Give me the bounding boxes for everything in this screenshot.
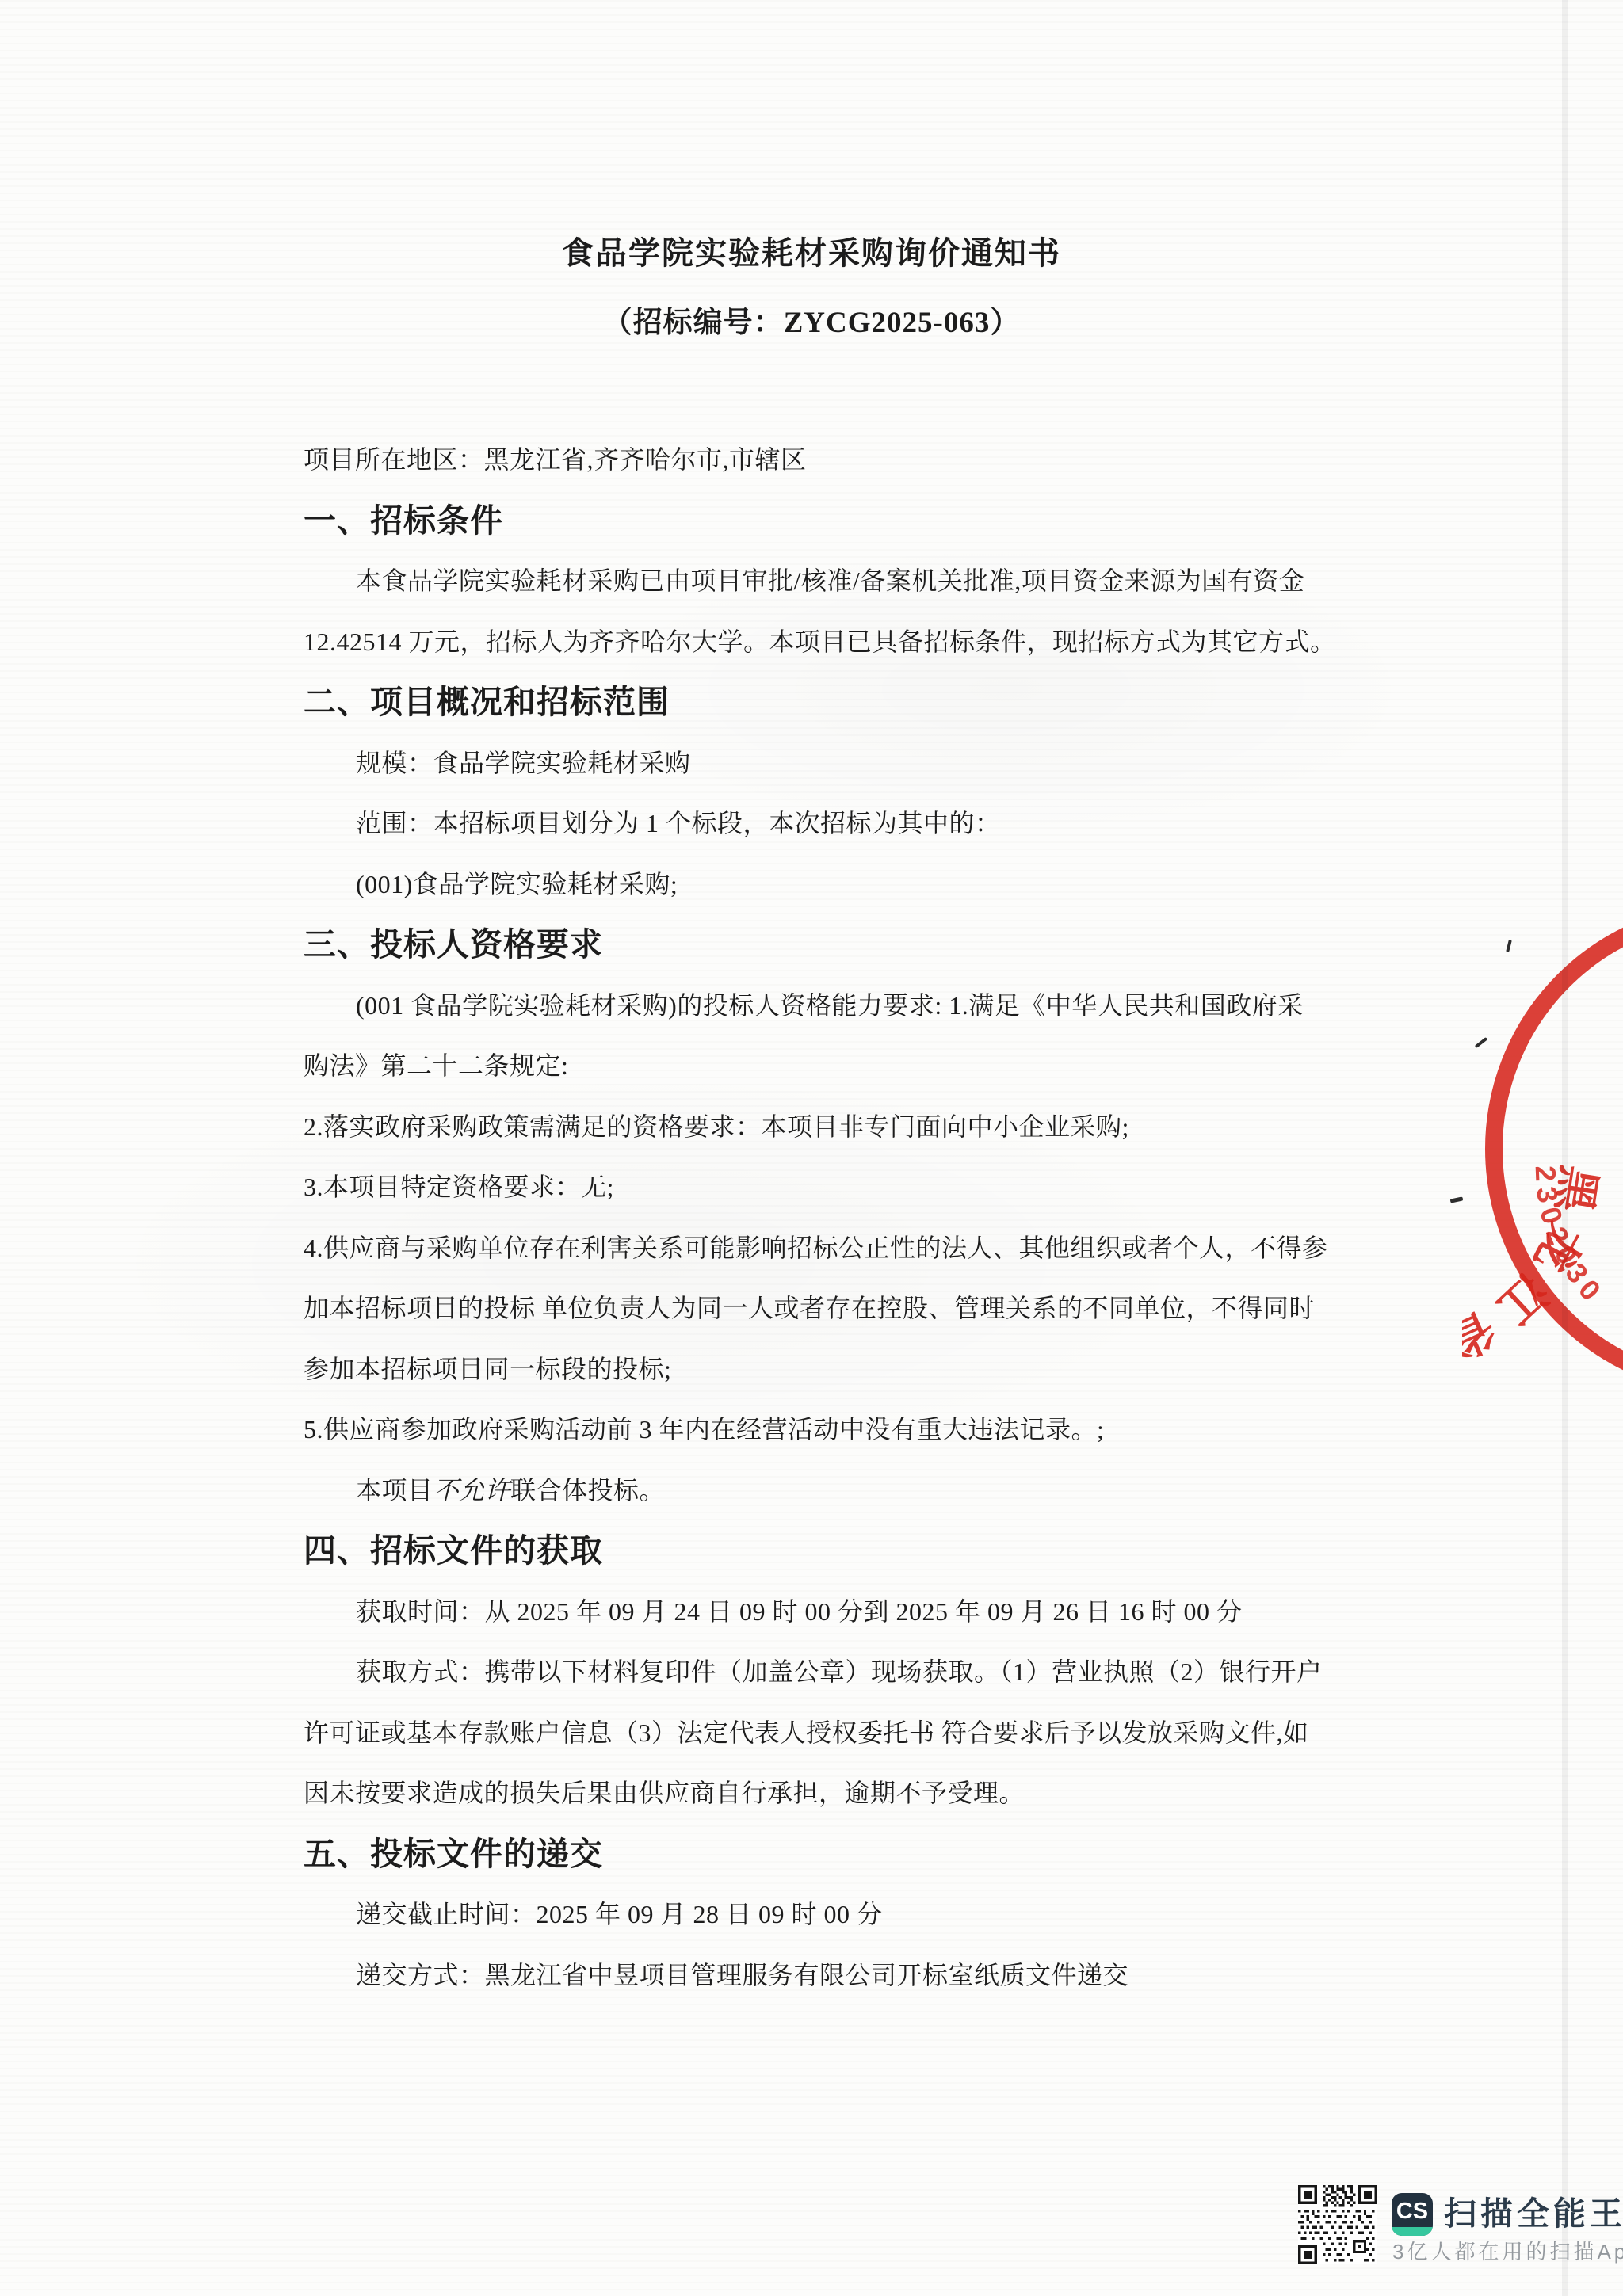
scanned-document-page: 食品学院实验耗材采购询价通知书 （招标编号：ZYCG2025-063） 项目所在…	[0, 0, 1623, 2296]
tender-number-subtitle: （招标编号：ZYCG2025-063）	[0, 298, 1623, 341]
scan-speckle	[1450, 1196, 1464, 1203]
doc-line: 3.本项目特定资格要求：无;	[304, 1157, 1304, 1218]
project-location-line: 项目所在地区：黑龙江省,齐齐哈尔市,市辖区	[304, 429, 1304, 490]
camscanner-logo-icon: CS	[1392, 2193, 1433, 2236]
section-heading-bid-submission: 五、投标文件的递交	[304, 1824, 1304, 1885]
doc-line: 本食品学院实验耗材采购已由项目审批/核准/备案机关批准,项目资金来源为国有资金	[304, 551, 1304, 612]
scanner-edge-band	[1562, 0, 1568, 2296]
camscanner-logo-text: CS	[1396, 2199, 1428, 2225]
scanner-app-name: 扫描全能王	[1444, 2190, 1623, 2237]
doc-line: 因未按要求造成的损失后果由供应商自行承担，逾期不予受理。	[304, 1763, 1304, 1824]
section-heading-document-obtain: 四、招标文件的获取	[304, 1520, 1304, 1581]
section-heading-bidder-qualifications: 三、投标人资格要求	[304, 914, 1304, 975]
no-consortium-suffix: 联合体投标。	[510, 1474, 665, 1506]
doc-line-obtain-time: 获取时间：从 2025 年 09 月 24 日 09 时 00 分到 2025 …	[304, 1581, 1304, 1642]
official-seal-stamp: 黑龙江省 2302030	[1462, 919, 1623, 1442]
qr-code-icon	[1298, 2185, 1377, 2264]
doc-line: 5.供应商参加政府采购活动前 3 年内在经营活动中没有重大违法记录。;	[304, 1399, 1304, 1460]
document-title: 食品学院实验耗材采购询价通知书	[0, 228, 1623, 273]
doc-line-scope: 范围：本招标项目划分为 1 个标段，本次招标为其中的：	[304, 793, 1304, 854]
no-consortium-prefix: 本项目	[356, 1474, 433, 1506]
doc-line-no-consortium: 本项目不允许联合体投标。	[304, 1460, 1304, 1521]
section-heading-project-overview: 二、项目概况和招标范围	[304, 672, 1304, 733]
scanner-app-tagline: 3亿人都在用的扫描App	[1392, 2239, 1623, 2264]
doc-line: 2.落实政府采购政策需满足的资格要求：本项目非专门面向中小企业采购;	[304, 1097, 1304, 1158]
doc-line-submission-deadline: 递交截止时间：2025 年 09 月 28 日 09 时 00 分	[304, 1884, 1304, 1945]
doc-line: 许可证或基本存款账户信息（3）法定代表人授权委托书 符合要求后予以发放采购文件,…	[304, 1703, 1304, 1764]
doc-line: 4.供应商与采购单位存在利害关系可能影响招标公正性的法人、其他组织或者个人，不得…	[304, 1218, 1304, 1279]
doc-line: (001 食品学院实验耗材采购)的投标人资格能力要求: 1.满足《中华人民共和国…	[304, 975, 1304, 1036]
document-body: 项目所在地区：黑龙江省,齐齐哈尔市,市辖区 一、招标条件 本食品学院实验耗材采购…	[304, 429, 1304, 2005]
doc-line: 参加本招标项目同一标段的投标;	[304, 1339, 1304, 1400]
section-heading-tender-conditions: 一、招标条件	[304, 490, 1304, 551]
doc-line-obtain-method: 获取方式：携带以下材料复印件（加盖公章）现场获取。（1）营业执照（2）银行开户	[304, 1642, 1304, 1703]
doc-line: 12.42514 万元，招标人为齐齐哈尔大学。本项目已具备招标条件，现招标方式为…	[304, 612, 1304, 673]
doc-line-scale: 规模：食品学院实验耗材采购	[304, 733, 1304, 794]
doc-line-lot: (001)食品学院实验耗材采购;	[304, 854, 1304, 915]
doc-line: 加本招标项目的投标 单位负责人为同一人或者存在控股、管理关系的不同单位，不得同时	[304, 1278, 1304, 1339]
doc-line: 购法》第二十二条规定:	[304, 1035, 1304, 1097]
camscanner-logo-teal-bar	[1392, 2227, 1433, 2236]
no-consortium-emphasis: 不允许	[433, 1474, 511, 1506]
doc-line-submission-method: 递交方式：黑龙江省中昱项目管理服务有限公司开标室纸质文件递交	[304, 1945, 1304, 2006]
